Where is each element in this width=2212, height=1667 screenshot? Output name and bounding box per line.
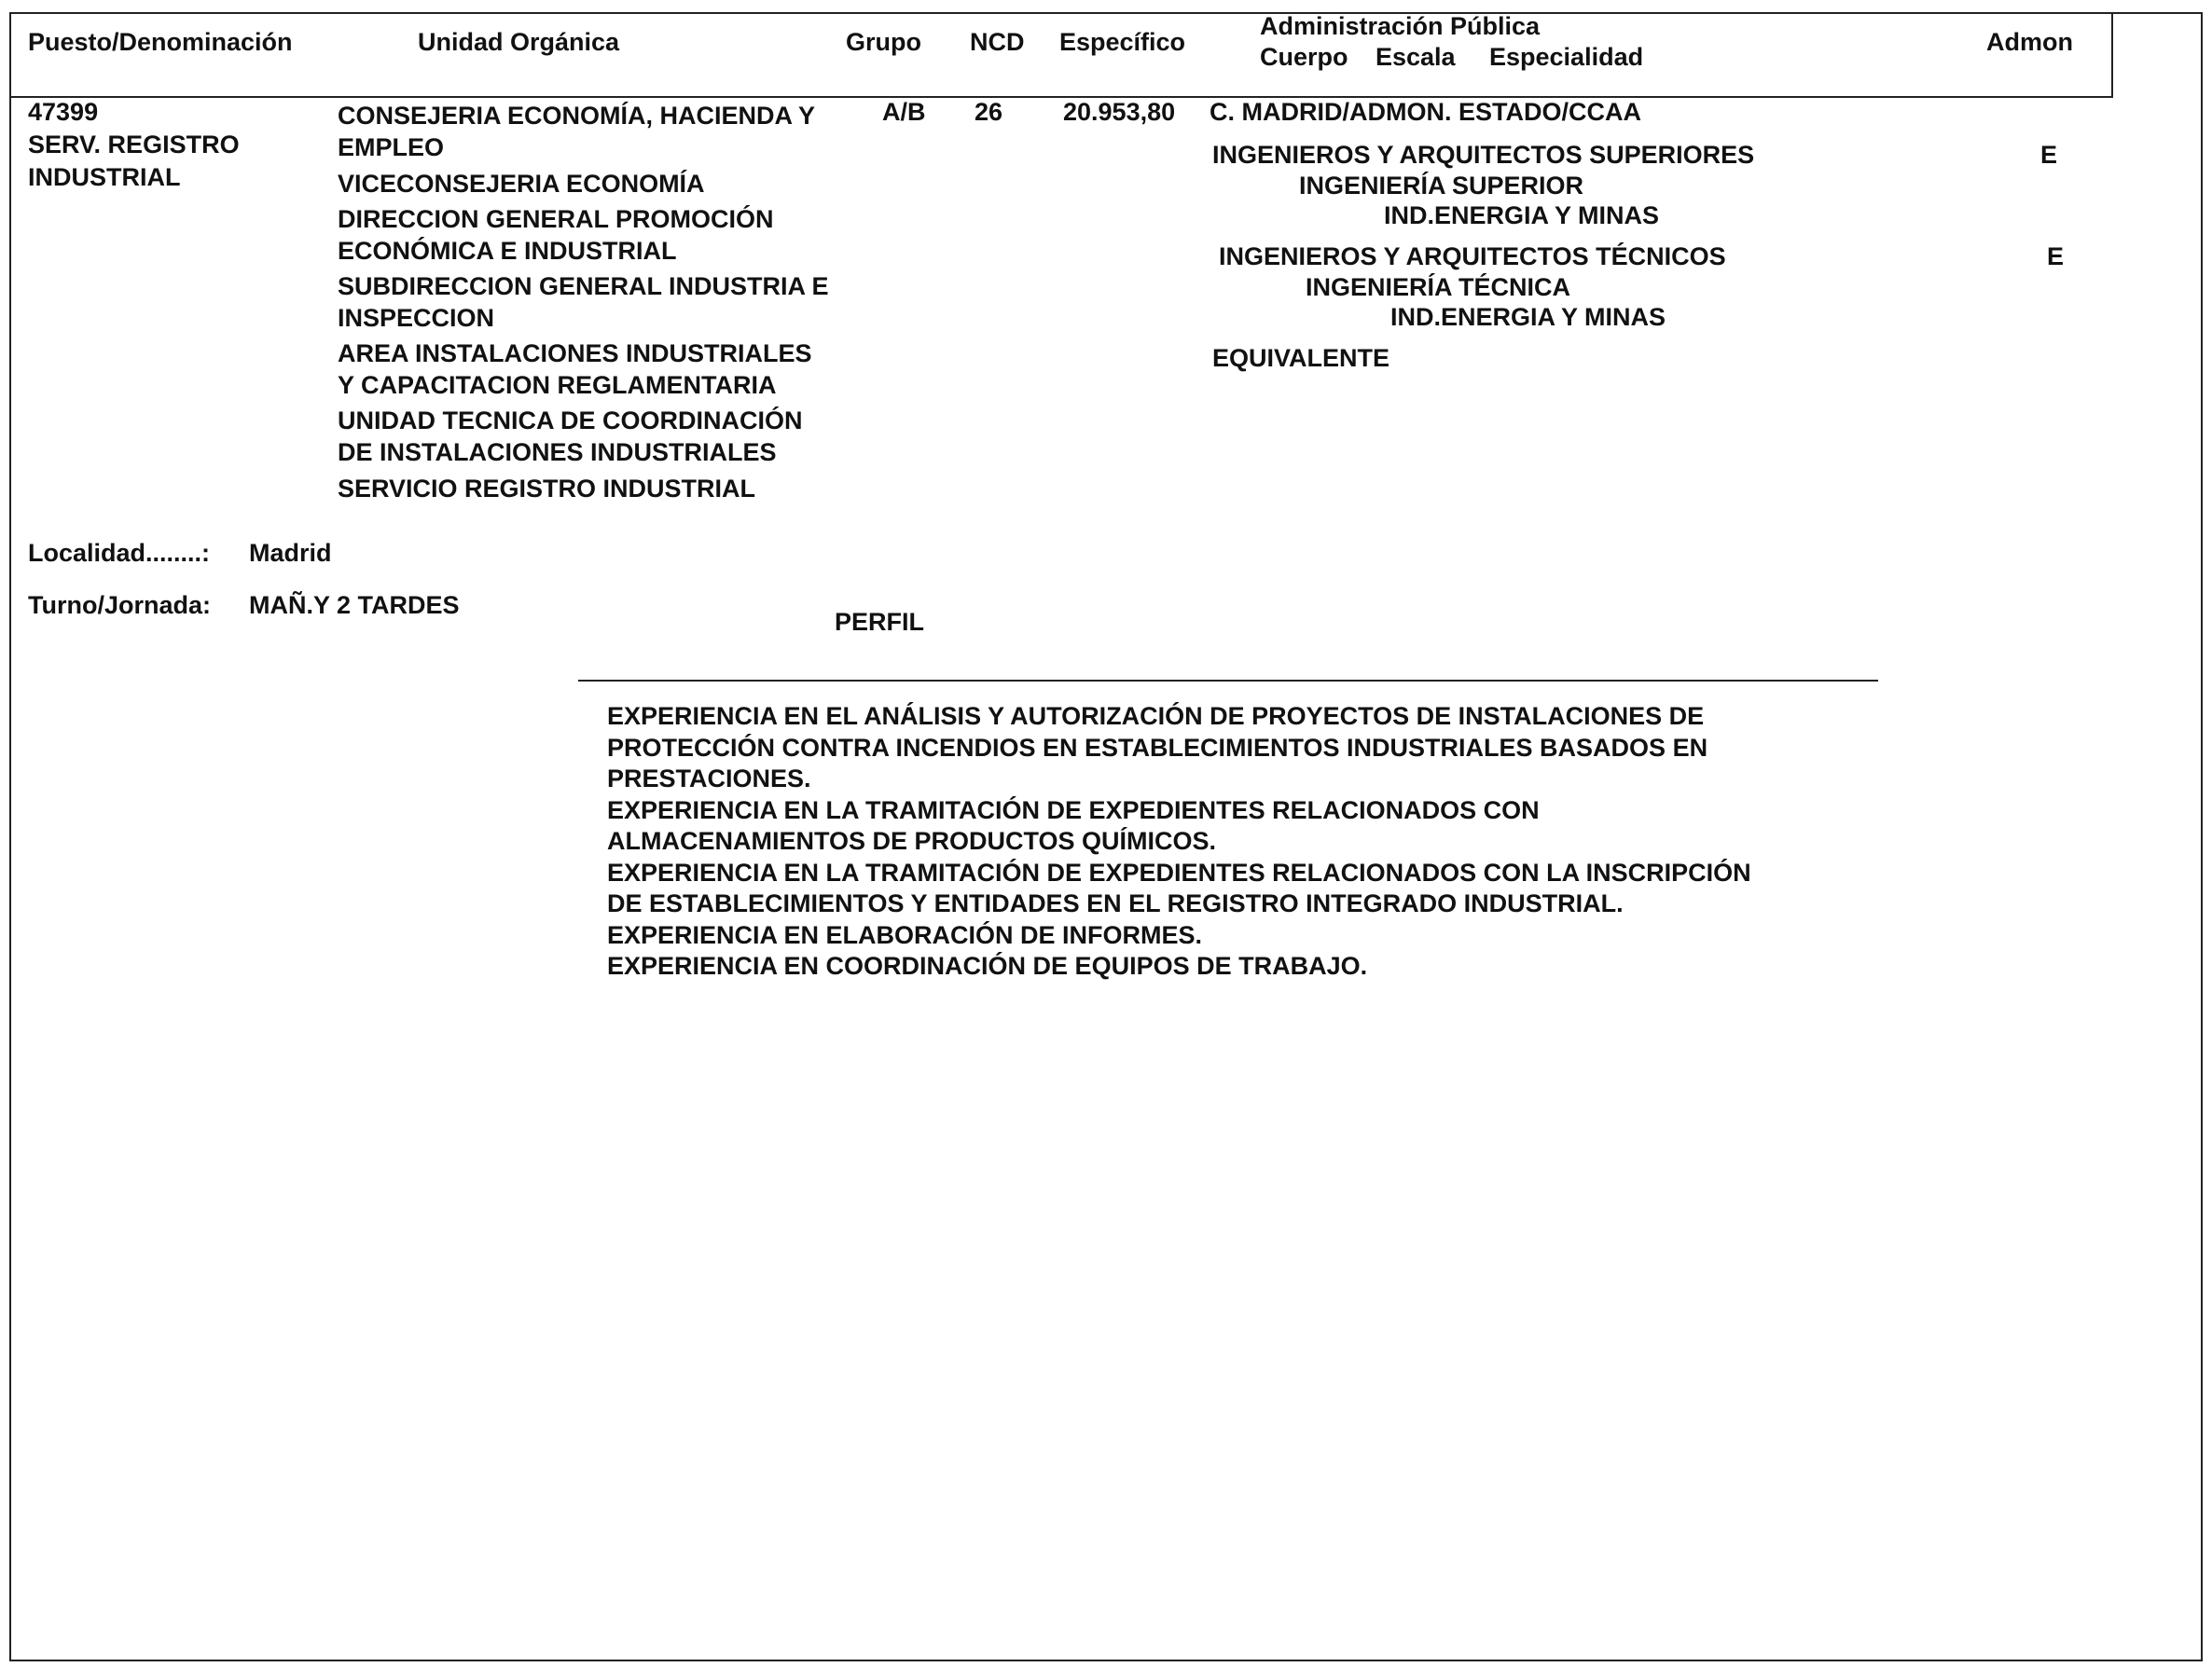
- unidad-organica-line: DE INSTALACIONES INDUSTRIALES: [338, 437, 777, 467]
- perfil-line: EXPERIENCIA EN ELABORACIÓN DE INFORMES.: [607, 920, 1751, 952]
- unidad-organica-line: CONSEJERIA ECONOMÍA, HACIENDA Y: [338, 101, 815, 131]
- equivalente-label: EQUIVALENTE: [1212, 343, 1389, 373]
- puesto-codigo: 47399: [28, 97, 98, 127]
- admon-value: E: [2040, 140, 2057, 170]
- unidad-organica-line: UNIDAD TECNICA DE COORDINACIÓN: [338, 406, 803, 435]
- escala-value: INGENIERÍA SUPERIOR: [1299, 171, 1583, 200]
- escala-value: INGENIERÍA TÉCNICA: [1306, 272, 1570, 302]
- unidad-organica-line: EMPLEO: [338, 132, 444, 162]
- perfil-line: PROTECCIÓN CONTRA INCENDIOS EN ESTABLECI…: [607, 733, 1751, 765]
- header-administracion-publica: Administración Pública: [1260, 12, 1540, 41]
- perfil-divider: [578, 680, 1878, 682]
- puesto-denominacion-line: SERV. REGISTRO: [28, 130, 240, 159]
- unidad-organica-line: SERVICIO REGISTRO INDUSTRIAL: [338, 474, 755, 503]
- unidad-organica-line: AREA INSTALACIONES INDUSTRIALES: [338, 338, 812, 368]
- administracion-publica-value: C. MADRID/ADMON. ESTADO/CCAA: [1210, 97, 1641, 127]
- perfil-line: DE ESTABLECIMIENTOS Y ENTIDADES EN EL RE…: [607, 889, 1751, 920]
- cuerpo-value: INGENIEROS Y ARQUITECTOS SUPERIORES: [1212, 140, 1754, 170]
- header-puesto: Puesto/Denominación: [28, 28, 293, 57]
- ncd-value: 26: [975, 97, 1002, 127]
- header-especialidad: Especialidad: [1489, 43, 1643, 72]
- perfil-line: EXPERIENCIA EN EL ANÁLISIS Y AUTORIZACIÓ…: [607, 701, 1751, 733]
- perfil-title: PERFIL: [835, 607, 924, 637]
- localidad-value: Madrid: [249, 538, 332, 568]
- header-escala: Escala: [1376, 43, 1456, 72]
- grupo-value: A/B: [882, 97, 926, 127]
- especifico-value: 20.953,80: [1063, 97, 1175, 127]
- admon-value: E: [2047, 241, 2064, 271]
- perfil-line: EXPERIENCIA EN COORDINACIÓN DE EQUIPOS D…: [607, 951, 1751, 983]
- especialidad-value: IND.ENERGIA Y MINAS: [1384, 200, 1659, 230]
- unidad-organica-line: ECONÓMICA E INDUSTRIAL: [338, 236, 677, 266]
- header-unidad-organica: Unidad Orgánica: [418, 28, 619, 57]
- especialidad-value: IND.ENERGIA Y MINAS: [1390, 302, 1666, 332]
- unidad-organica-line: DIRECCION GENERAL PROMOCIÓN: [338, 204, 774, 234]
- header-cuerpo: Cuerpo: [1260, 43, 1348, 72]
- perfil-line: PRESTACIONES.: [607, 764, 1751, 795]
- turno-label: Turno/Jornada:: [28, 590, 211, 620]
- perfil-line: EXPERIENCIA EN LA TRAMITACIÓN DE EXPEDIE…: [607, 858, 1751, 889]
- puesto-denominacion-line: INDUSTRIAL: [28, 162, 181, 192]
- header-grupo: Grupo: [846, 28, 921, 57]
- unidad-organica-line: INSPECCION: [338, 303, 494, 333]
- cuerpo-value: INGENIEROS Y ARQUITECTOS TÉCNICOS: [1219, 241, 1726, 271]
- unidad-organica-line: SUBDIRECCION GENERAL INDUSTRIA E: [338, 271, 829, 301]
- header-especifico: Específico: [1059, 28, 1185, 57]
- header-ncd: NCD: [970, 28, 1025, 57]
- perfil-line: EXPERIENCIA EN LA TRAMITACIÓN DE EXPEDIE…: [607, 795, 1751, 827]
- header-admon: Admon: [1986, 28, 2073, 57]
- turno-value: MAÑ.Y 2 TARDES: [249, 590, 460, 620]
- perfil-line: ALMACENAMIENTOS DE PRODUCTOS QUÍMICOS.: [607, 826, 1751, 858]
- unidad-organica-line: Y CAPACITACION REGLAMENTARIA: [338, 370, 777, 400]
- unidad-organica-line: VICECONSEJERIA ECONOMÍA: [338, 169, 705, 199]
- perfil-description: EXPERIENCIA EN EL ANÁLISIS Y AUTORIZACIÓ…: [607, 701, 1751, 983]
- localidad-label: Localidad........:: [28, 538, 210, 568]
